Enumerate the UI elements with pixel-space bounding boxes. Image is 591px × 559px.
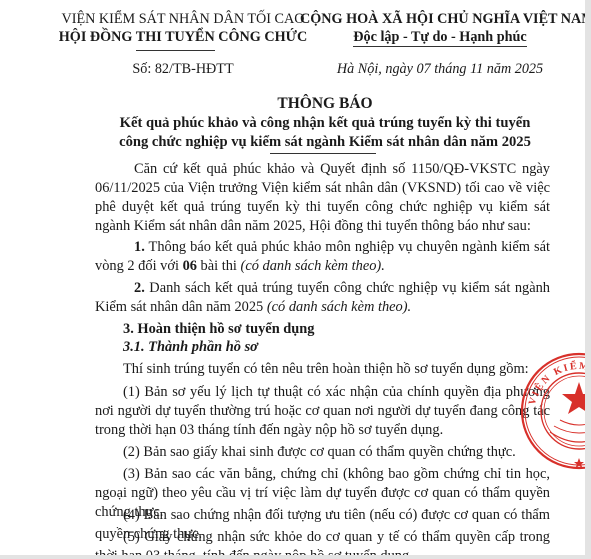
official-seal-icon: VIỆN KIỂM SÁT NHÂN DÂN: [520, 352, 585, 470]
item-2-note: (có danh sách kèm theo).: [267, 299, 411, 315]
item-2-paragraph: 2. Danh sách kết quả trúng tuyển công ch…: [95, 279, 550, 317]
document-number: Số: 82/TB-HĐTT: [48, 61, 318, 78]
document-title: THÔNG BÁO: [0, 95, 585, 113]
national-motto-text: Độc lập - Tự do - Hạnh phúc: [353, 29, 526, 47]
document-subtitle-line2: công chức nghiệp vụ kiểm sát ngành Kiểm …: [0, 134, 585, 151]
council-name: HỘI ĐỒNG THI TUYỂN CÔNG CHỨC: [48, 29, 318, 46]
section-3-heading: 3. Hoàn thiện hồ sơ tuyển dụng: [123, 320, 315, 339]
section-3-intro: Thí sinh trúng tuyển có tên nêu trên hoà…: [95, 360, 550, 379]
requirement-item-1: (1) Bản sơ yếu lý lịch tự thuật có xác n…: [95, 383, 550, 440]
item-1-text-b: bài thi: [197, 258, 241, 274]
national-motto: Độc lập - Tự do - Hạnh phúc: [300, 29, 580, 46]
header-left-divider: [136, 50, 215, 51]
agency-name: VIỆN KIỂM SÁT NHÂN DÂN TỐI CAO: [48, 11, 318, 28]
item-1-count: 06: [183, 258, 197, 274]
requirement-item-2: (2) Bản sao giấy khai sinh được cơ quan …: [95, 443, 550, 462]
document-page: VIỆN KIỂM SÁT NHÂN DÂN TỐI CAO HỘI ĐỒNG …: [0, 0, 585, 555]
item-1-paragraph: 1. Thông báo kết quả phúc khảo môn nghiệ…: [95, 238, 550, 276]
vertical-scrollbar[interactable]: [585, 0, 591, 559]
requirement-item-5: (5) Giấy chứng nhận sức khỏe do cơ quan …: [95, 528, 550, 555]
title-divider: [270, 153, 376, 154]
nation-name: CỘNG HOÀ XÃ HỘI CHỦ NGHĨA VIỆT NAM: [300, 11, 580, 28]
horizontal-scrollbar[interactable]: [0, 555, 591, 559]
document-subtitle-line1: Kết quả phúc khảo và công nhận kết quả t…: [0, 115, 585, 132]
place-date: Hà Nội, ngày 07 tháng 11 năm 2025: [300, 61, 580, 78]
preamble-paragraph: Căn cứ kết quả phúc khảo và Quyết định s…: [95, 160, 550, 236]
item-1-number: 1.: [134, 239, 145, 255]
section-3-1-subheading: 3.1. Thành phần hồ sơ: [123, 338, 258, 357]
item-1-note: (có danh sách kèm theo).: [241, 258, 385, 274]
item-2-number: 2.: [134, 280, 145, 296]
